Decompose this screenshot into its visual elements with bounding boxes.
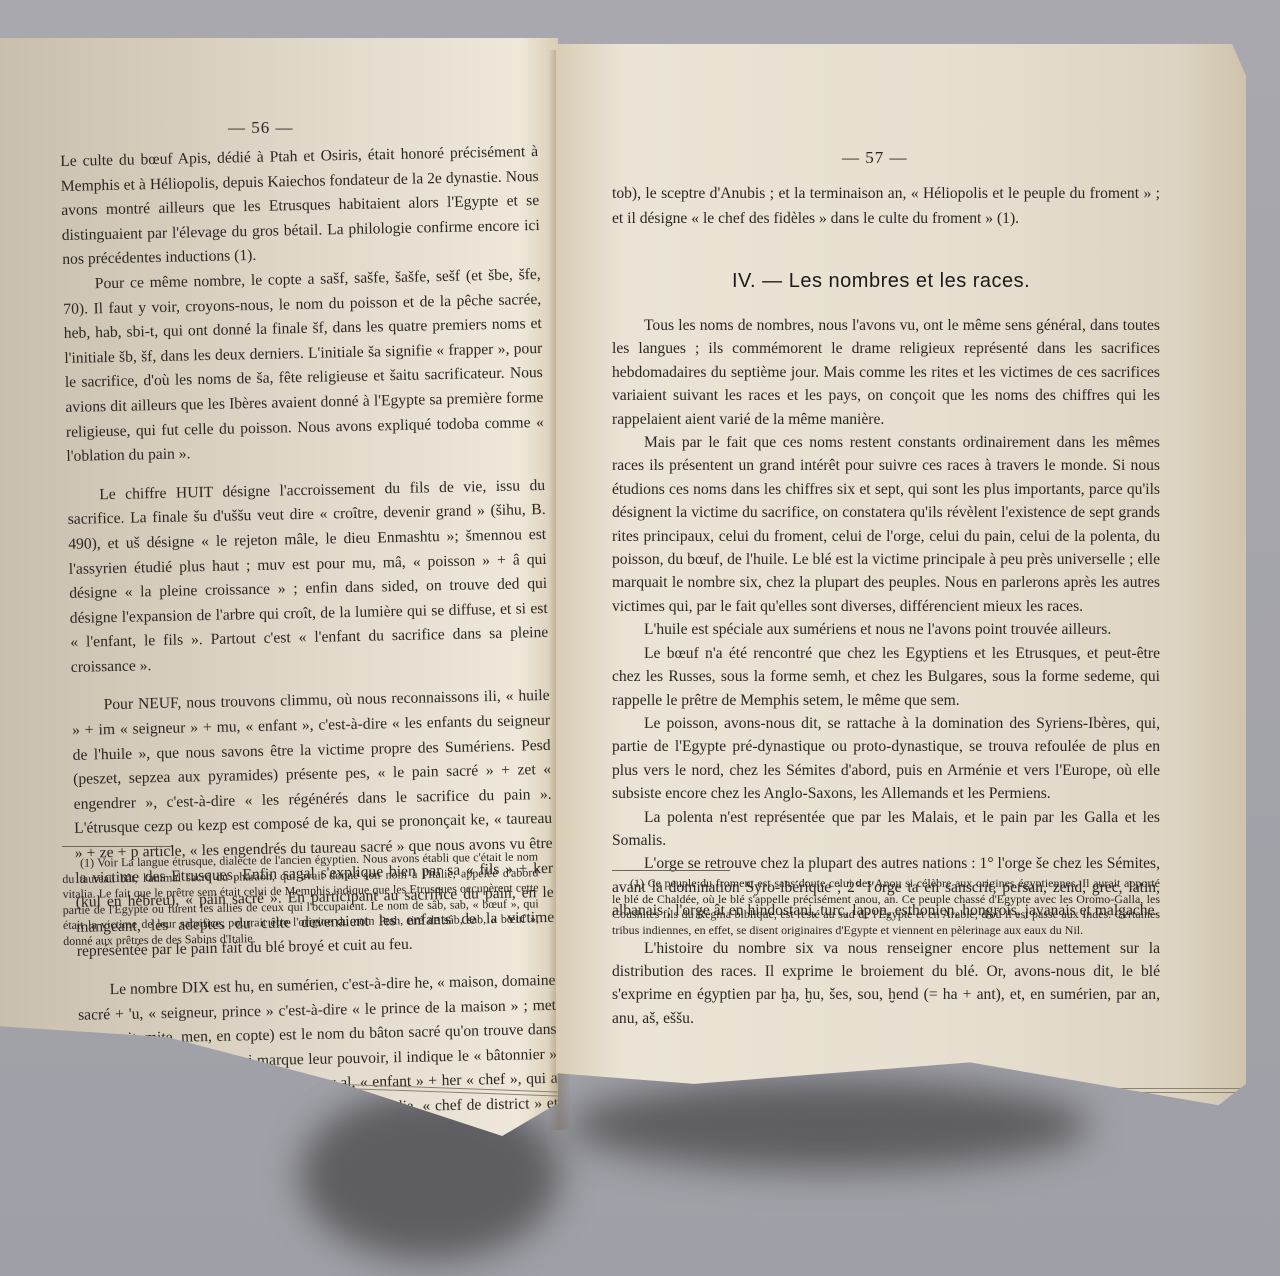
paragraph: Le bœuf n'a été rencontré que chez les E… <box>612 642 1160 712</box>
paragraph: L'histoire du nombre six va nous renseig… <box>612 937 1160 1031</box>
right-page-continuation: tob), le sceptre d'Anubis ; et la termin… <box>612 182 1160 231</box>
paragraph: Tous les noms de nombres, nous l'avons v… <box>612 314 1160 431</box>
left-page: — 56 — Le culte du bœuf Apis, dédié à Pt… <box>0 38 558 1136</box>
section-heading: IV. — Les nombres et les races. <box>732 270 1030 293</box>
left-footnote: (1) Voir La langue étrusque, dialecte de… <box>62 849 539 949</box>
paragraph: L'huile est spéciale aux sumériens et no… <box>612 618 1160 641</box>
page-number-56: — 56 — <box>228 118 294 138</box>
footnote-divider <box>612 870 730 871</box>
footnote-divider <box>62 846 172 847</box>
paragraph: Pour ce même nombre, le copte a sašf, sa… <box>63 263 545 470</box>
right-footnote: (1) Ce peuple du froment est sans doute … <box>612 876 1160 938</box>
left-page-body: Le culte du bœuf Apis, dédié à Ptah et O… <box>60 140 558 1136</box>
book-shadow-right <box>570 1080 1090 1170</box>
right-page: — 57 — tob), le sceptre d'Anubis ; et la… <box>556 44 1246 1116</box>
paragraph: Le chiffre HUIT désigne l'accroissement … <box>67 474 549 681</box>
paragraph: Le culte du bœuf Apis, dédié à Ptah et O… <box>60 140 540 273</box>
paragraph: Le nombre DIX est hu, en sumérien, c'est… <box>77 969 558 1136</box>
paragraph: Mais par le fait que ces noms restent co… <box>612 431 1160 618</box>
footnote-text: (1) Voir La langue étrusque, dialecte de… <box>62 849 539 949</box>
paragraph: Le poisson, avons-nous dit, se rattache … <box>612 712 1160 806</box>
page-number-57: — 57 — <box>842 148 908 168</box>
paragraph: tob), le sceptre d'Anubis ; et la termin… <box>612 182 1160 231</box>
paragraph: La polenta n'est représentée que par les… <box>612 806 1160 853</box>
footnote-text: (1) Ce peuple du froment est sans doute … <box>612 876 1160 938</box>
